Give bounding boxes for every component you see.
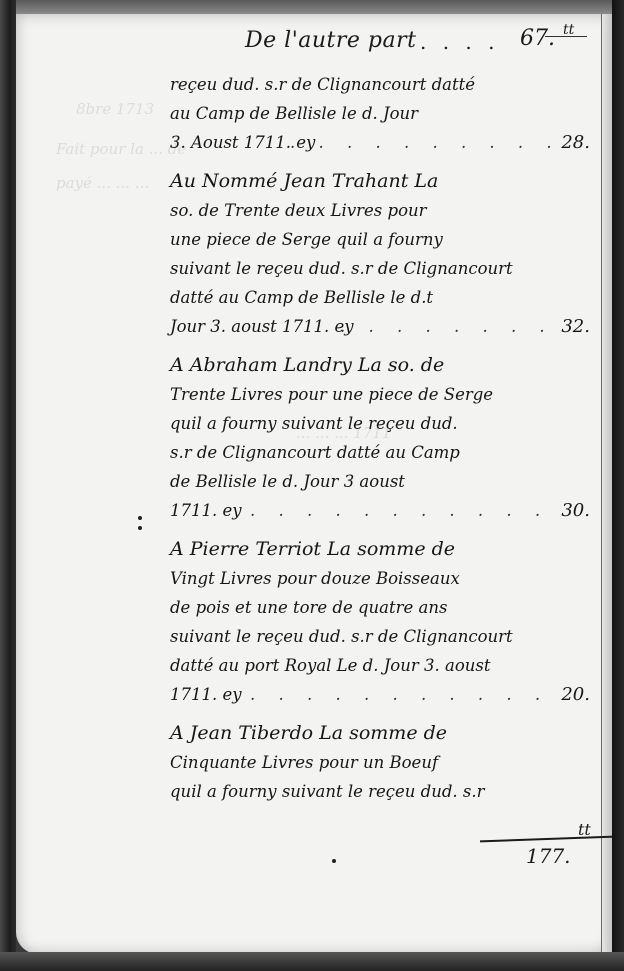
- entry-line: datté au Camp de Bellisle le d.t: [170, 283, 590, 312]
- entry-amount-row: 1711. ey . . . . . . . . . . . . . . . .…: [170, 680, 590, 709]
- entry-line: A Jean Tiberdo La somme de: [170, 719, 590, 748]
- entry-line: so. de Trente deux Livres pour: [170, 196, 590, 225]
- carried-forward-amount: 67.: [520, 26, 555, 51]
- entry-line: quil a fourny suivant le reçeu dud.: [170, 409, 590, 438]
- currency-unit: tt: [563, 22, 574, 38]
- entry-line: suivant le reçeu dud. s.r de Clignancour…: [170, 622, 590, 651]
- total-rule: [480, 836, 614, 843]
- entry-date: Jour 3. aoust 1711. ey: [170, 312, 354, 341]
- ledger-entry: A Abraham Landry La so. de Trente Livres…: [170, 351, 590, 525]
- ink-speck: [138, 516, 142, 520]
- left-binding: [0, 0, 16, 971]
- entry-amount: 32.: [561, 312, 590, 341]
- page-total: 177. tt: [480, 834, 614, 874]
- entry-amount: 28.: [561, 128, 590, 157]
- currency-unit: tt: [578, 820, 591, 839]
- entry-amount: 20.: [561, 680, 590, 709]
- entry-date: 1711. ey: [170, 496, 242, 525]
- entry-amount-row: 3. Aoust 1711. ey . . . . . . . . . . . …: [170, 128, 590, 157]
- entry-line: A Pierre Terriot La somme de: [170, 535, 590, 564]
- entry-line: s.r de Clignancourt datté au Camp: [170, 438, 590, 467]
- entry-line: suivant le reçeu dud. s.r de Clignancour…: [170, 254, 590, 283]
- ledger-entry: A Pierre Terriot La somme de Vingt Livre…: [170, 535, 590, 709]
- dot-leader: . . . . . . . . . . . . . . . . . . . . …: [250, 496, 550, 525]
- entry-line: de pois et une tore de quatre ans: [170, 593, 590, 622]
- entry-line: datté au port Royal Le d. Jour 3. aoust: [170, 651, 590, 680]
- dot-leader: . . . . . . . . . . . . . . . . . . . . …: [340, 312, 550, 341]
- entry-line: quil a fourny suivant le reçeu dud. s.r: [170, 777, 590, 806]
- ink-speck: [332, 859, 336, 863]
- entry-line: Cinquante Livres pour un Boeuf: [170, 748, 590, 777]
- dot-leader: . . . . . . . . . . . . . . . . . . . . …: [250, 680, 550, 709]
- bleed-through-text: payé ... ... ...: [56, 174, 149, 192]
- entry-line: reçeu dud. s.r de Clignancourt datté: [170, 70, 590, 99]
- entry-line: Vingt Livres pour douze Boisseaux: [170, 564, 590, 593]
- ink-speck: [138, 526, 142, 530]
- entry-amount-row: 1711. ey . . . . . . . . . . . . . . . .…: [170, 496, 590, 525]
- entry-line: une piece de Serge quil a fourny: [170, 225, 590, 254]
- dot-leader: . . . .: [420, 30, 500, 54]
- entry-date: 1711. ey: [170, 680, 242, 709]
- bleed-through-text: 8bre 1713: [76, 100, 154, 118]
- entry-amount-row: Jour 3. aoust 1711. ey . . . . . . . . .…: [170, 312, 590, 341]
- right-binding-edge: [612, 0, 624, 971]
- carried-forward-label: De l'autre part: [245, 28, 416, 53]
- entry-line: Au Nommé Jean Trahant La: [170, 167, 590, 196]
- ledger-entry: A Jean Tiberdo La somme de Cinquante Liv…: [170, 719, 590, 806]
- entry-line: de Bellisle le d. Jour 3 aoust: [170, 467, 590, 496]
- total-amount: 177.: [526, 844, 571, 868]
- entry-line: au Camp de Bellisle le d. Jour: [170, 99, 590, 128]
- entry-amount: 30.: [561, 496, 590, 525]
- dot-leader: . . . . . . . . . . . . . . . . . . . . …: [290, 128, 550, 157]
- page-header: De l'autre part . . . . 67. tt: [245, 22, 585, 62]
- bottom-page-edge: [0, 952, 624, 971]
- ledger-entry: Au Nommé Jean Trahant La so. de Trente d…: [170, 167, 590, 341]
- entry-line: Trente Livres pour une piece de Serge: [170, 380, 590, 409]
- top-page-edge: [0, 0, 624, 14]
- bleed-through-text: Fait pour la ... de: [56, 140, 186, 158]
- entry-line: A Abraham Landry La so. de: [170, 351, 590, 380]
- ledger-entry: reçeu dud. s.r de Clignancourt datté au …: [170, 70, 590, 157]
- ledger-entries: reçeu dud. s.r de Clignancourt datté au …: [170, 70, 590, 816]
